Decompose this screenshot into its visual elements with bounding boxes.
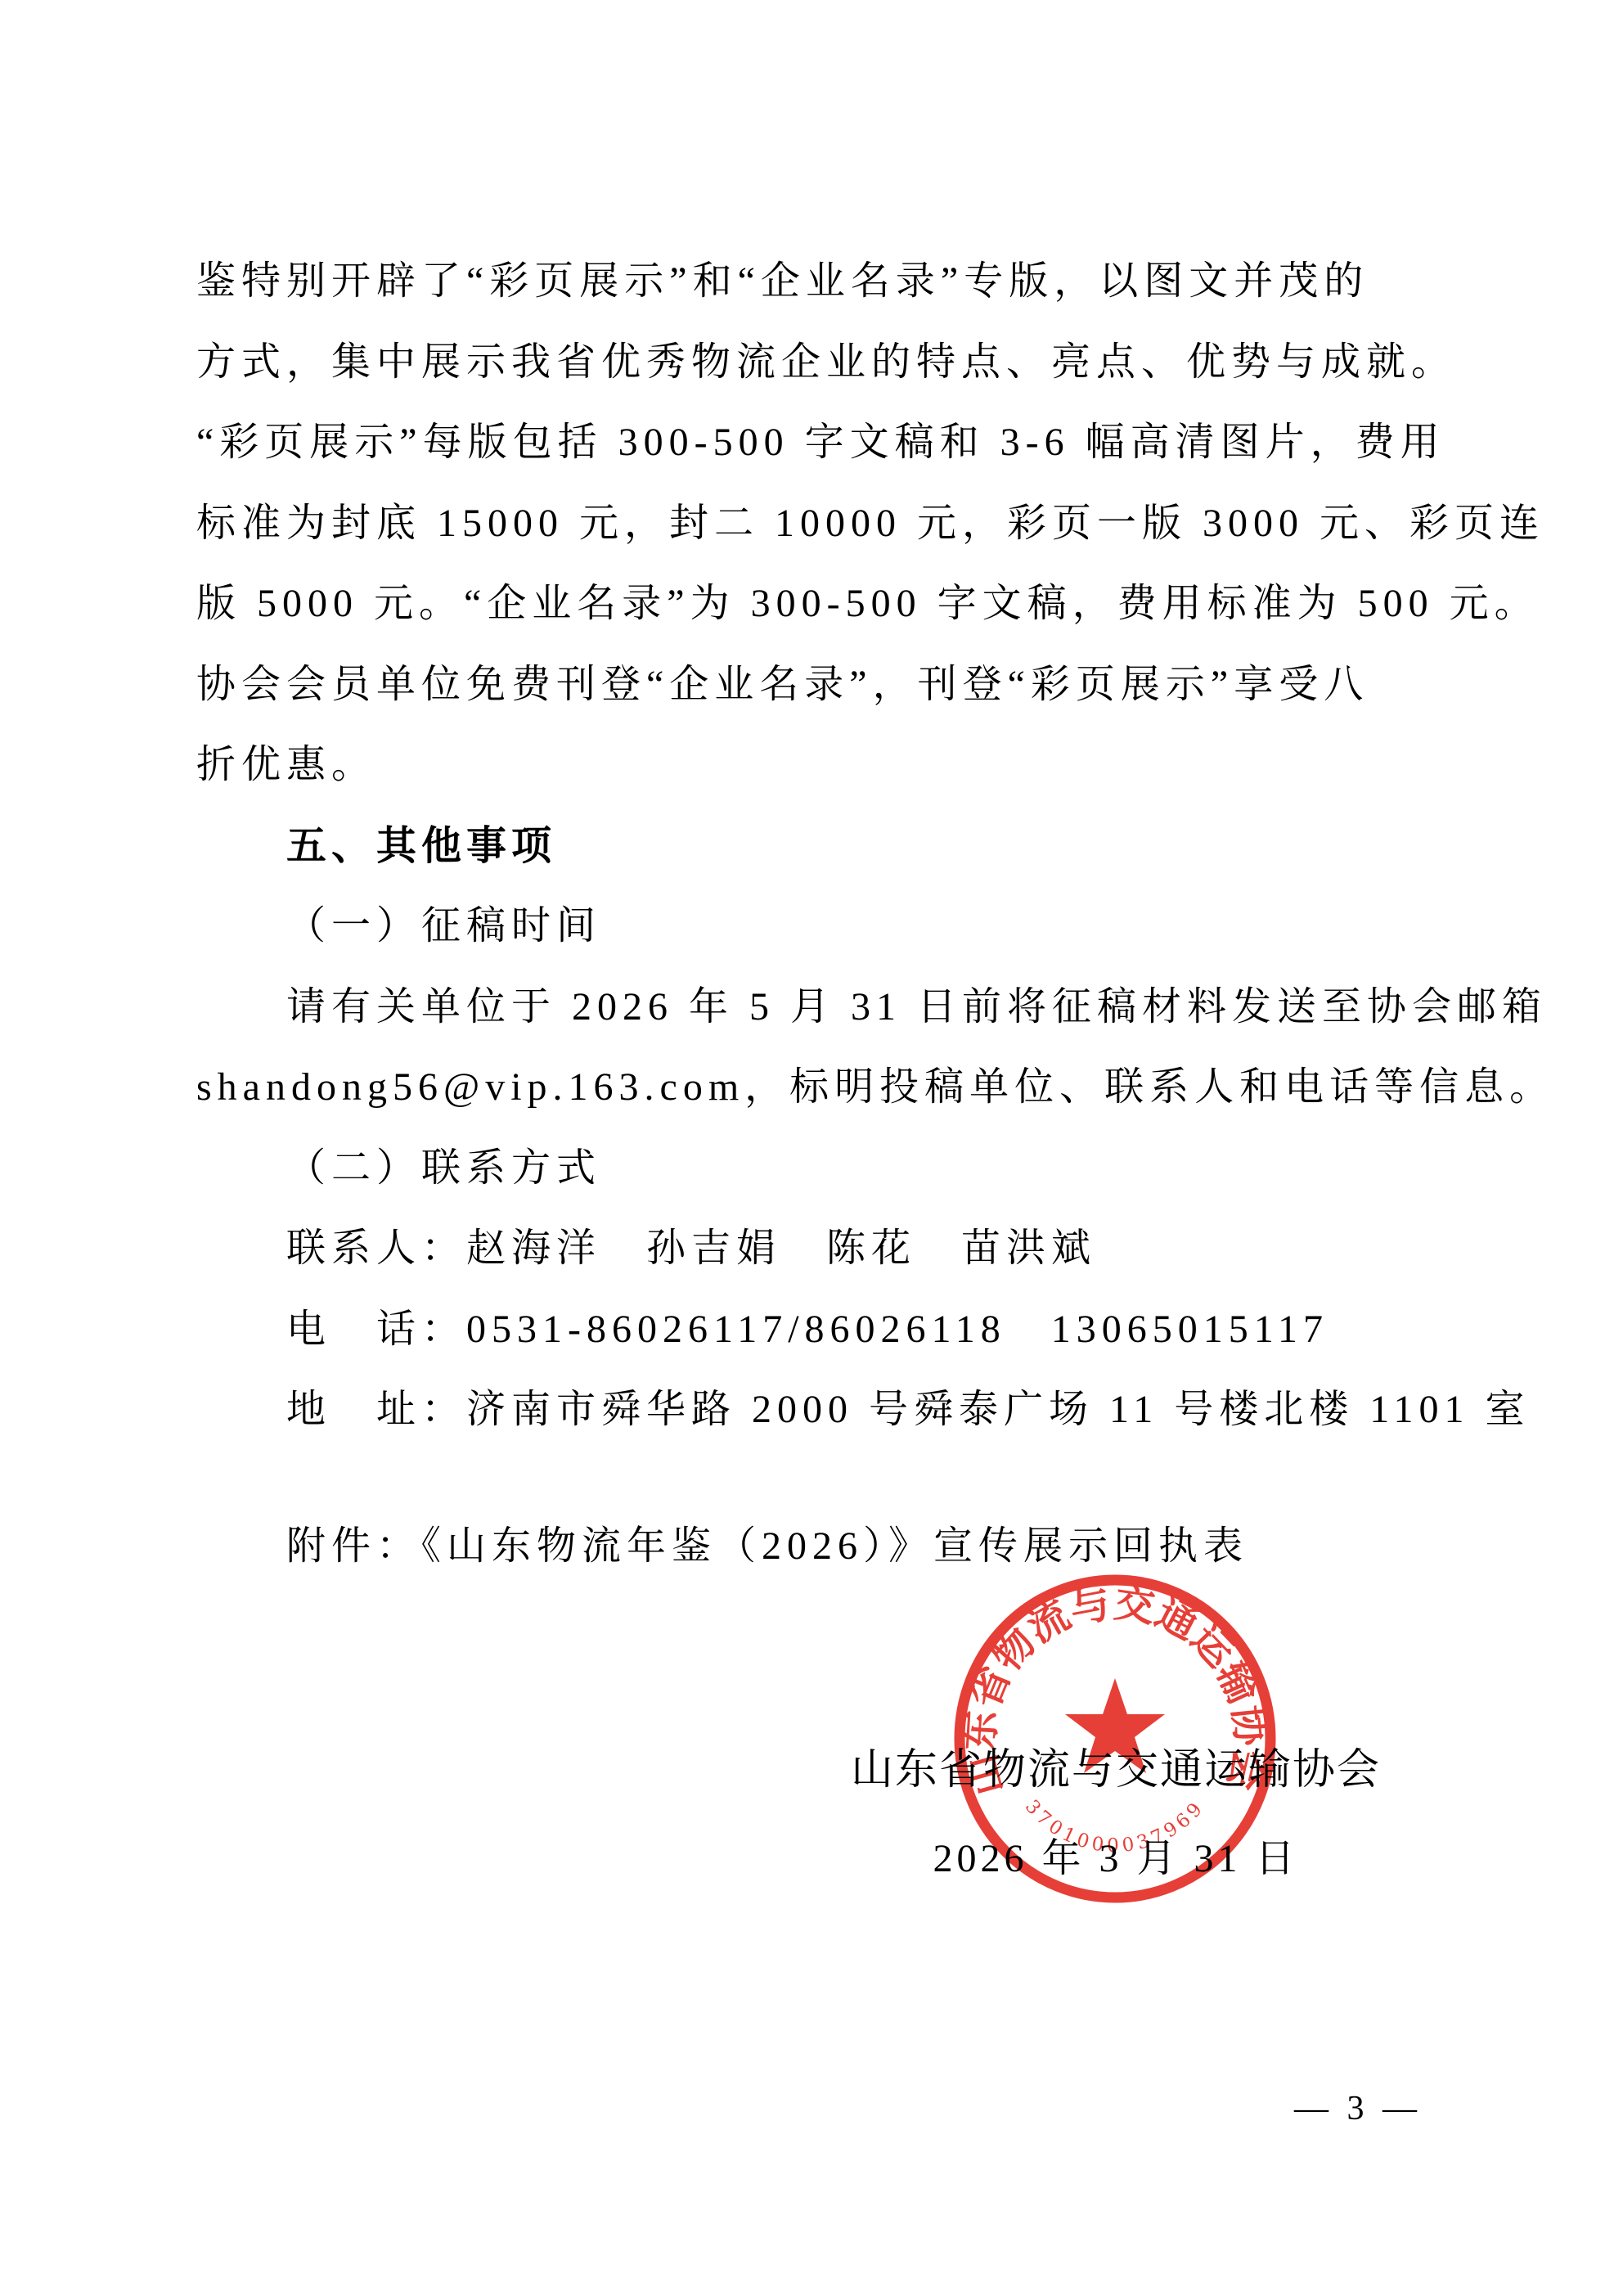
body-line: 请有关单位于 2026 年 5 月 31 日前将征稿材料发送至协会邮箱 [196,967,1433,1048]
contact-persons-line: 联系人：赵海洋 孙吉娟 陈花 苗洪斌 [196,1209,1433,1290]
document-page: 鉴特别开辟了“彩页展示”和“企业名录”专版，以图文并茂的 方式，集中展示我省优秀… [0,0,1623,2296]
body-line: 折优惠。 [196,725,1433,806]
body-line: 版 5000 元。“企业名录”为 300-500 字文稿，费用标准为 500 元… [196,564,1433,645]
subsection-heading-contact-info: （二）联系方式 [196,1128,1433,1209]
body-line: 协会会员单位免费刊登“企业名录”，刊登“彩页展示”享受八 [196,645,1433,726]
body-line: 鉴特别开辟了“彩页展示”和“企业名录”专版，以图文并茂的 [196,241,1433,322]
contact-address-line: 地 址：济南市舜华路 2000 号舜泰广场 11 号楼北楼 1101 室 [196,1370,1433,1451]
subsection-heading-submission-time: （一）征稿时间 [196,886,1433,967]
contact-phone-line: 电 话：0531-86026117/86026118 13065015117 [196,1290,1433,1371]
body-line: 标准为封底 15000 元，封二 10000 元，彩页一版 3000 元、彩页连 [196,484,1433,565]
signature-date: 2026 年 3 月 31 日 [838,1836,1394,1882]
signature-organization: 山东省物流与交通运输协会 [838,1746,1394,1795]
document-body: 鉴特别开辟了“彩页展示”和“企业名录”专版，以图文并茂的 方式，集中展示我省优秀… [196,241,1433,1587]
body-line: 方式，集中展示我省优秀物流企业的特点、亮点、优势与成就。 [196,322,1433,403]
section-heading-other-matters: 五、其他事项 [196,806,1433,887]
body-line-email: shandong56@vip.163.com，标明投稿单位、联系人和电话等信息。 [196,1047,1433,1128]
page-number: — 3 — [1268,2088,1448,2129]
body-line: “彩页展示”每版包括 300-500 字文稿和 3-6 幅高清图片，费用 [196,403,1433,484]
